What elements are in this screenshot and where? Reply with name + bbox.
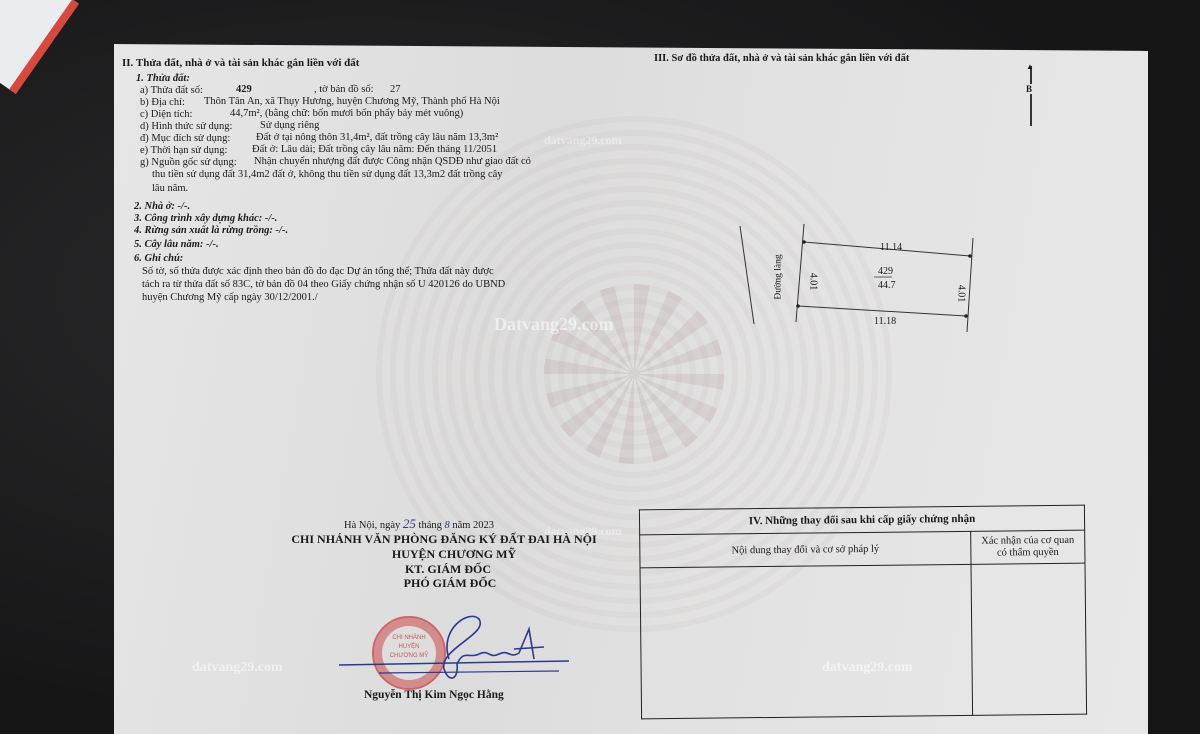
left-edge-length: 4.01 bbox=[807, 273, 818, 291]
origin-line-1: Nhận chuyển nhượng đất được Công nhận QS… bbox=[254, 156, 531, 167]
sketch-parcel-area: 44.7 bbox=[878, 280, 896, 291]
other-construction-item: 3. Công trình xây dựng khác: -/-. bbox=[134, 213, 277, 224]
purpose-value: Đất ở tại nông thôn 31,4m², đất trồng câ… bbox=[256, 132, 498, 143]
area-value: 44,7m², (bằng chữ: bốn mươi bốn phẩy bảy… bbox=[230, 108, 463, 119]
north-arrow-head-icon: ▲ bbox=[1026, 62, 1034, 71]
purpose-label: đ) Mục đích sử dụng: bbox=[140, 133, 230, 144]
north-arrow-icon bbox=[1030, 66, 1032, 126]
notes-line-1: Số tờ, số thửa được xác định theo bản đồ… bbox=[142, 266, 494, 277]
bottom-edge-length: 11.18 bbox=[874, 316, 896, 327]
sketch-parcel-number: 429 bbox=[878, 266, 893, 277]
north-label: B bbox=[1026, 84, 1032, 94]
emblem-star-icon bbox=[544, 284, 724, 464]
section-ii-title: II. Thửa đất, nhà ở và tài sản khác gắn … bbox=[122, 57, 359, 69]
watermark: datvang29.com bbox=[544, 524, 622, 539]
watermark: datvang29.com bbox=[544, 133, 622, 148]
map-sheet-number: 27 bbox=[390, 84, 401, 95]
land-certificate-page: II. Thửa đất, nhà ở và tài sản khác gắn … bbox=[114, 44, 1148, 734]
top-edge-length: 11.14 bbox=[880, 242, 902, 253]
date-line: Hà Nội, ngày 25 tháng 8 năm 2023 bbox=[344, 516, 494, 532]
parcel-number: 429 bbox=[236, 84, 252, 95]
role-line-1: KT. GIÁM ĐỐC bbox=[268, 562, 628, 577]
address-value: Thôn Tân An, xã Thụy Hương, huyện Chương… bbox=[204, 96, 500, 107]
origin-label: g) Nguồn gốc sử dụng: bbox=[140, 157, 237, 168]
road-label: Đường làng bbox=[774, 254, 784, 299]
changes-table: IV. Những thay đổi sau khi cấp giấy chứn… bbox=[639, 505, 1087, 720]
notes-heading: 6. Ghi chú: bbox=[134, 253, 183, 264]
watermark: datvang29.com bbox=[192, 660, 283, 676]
house-item: 2. Nhà ở: -/-. bbox=[134, 201, 190, 212]
origin-line-2: thu tiền sử dụng đất 31,4m2 đất ở, không… bbox=[152, 169, 503, 180]
parcel-sketch bbox=[714, 214, 1004, 344]
role-line-2: PHÓ GIÁM ĐỐC bbox=[270, 576, 630, 591]
signature-icon bbox=[339, 609, 579, 689]
land-heading: 1. Thửa đất: bbox=[136, 73, 190, 84]
perennial-item: 5. Cây lâu năm: -/-. bbox=[134, 239, 219, 250]
use-form-label: d) Hình thức sử dụng: bbox=[140, 121, 232, 132]
area-label: c) Diện tích: bbox=[140, 109, 192, 120]
map-sheet-label: , tờ bản đồ số: bbox=[314, 84, 374, 95]
changes-col-content-header: Nội dung thay đổi và cơ sở pháp lý bbox=[640, 531, 971, 567]
section-iii-title: III. Sơ đồ thửa đất, nhà ở và tài sản kh… bbox=[654, 53, 909, 64]
notes-line-2: tách ra từ thửa đất số 83C, tờ bản đồ 04… bbox=[142, 279, 505, 290]
notes-line-3: huyện Chương Mỹ cấp ngày 30/12/2001./ bbox=[142, 292, 318, 303]
origin-line-3: lâu năm. bbox=[152, 183, 188, 194]
signer-name: Nguyễn Thị Kim Ngọc Hằng bbox=[364, 689, 504, 701]
forest-item: 4. Rừng sản xuất là rừng trồng: -/-. bbox=[134, 225, 288, 236]
term-value: Đất ở: Lâu dài; Đất trồng cây lâu năm: Đ… bbox=[252, 144, 497, 155]
watermark: datvang29.com bbox=[822, 660, 913, 676]
date-day: 25 bbox=[403, 516, 416, 531]
changes-content-cell bbox=[640, 564, 973, 718]
use-form-value: Sử dụng riêng bbox=[260, 120, 319, 131]
address-label: b) Địa chỉ: bbox=[140, 97, 185, 108]
date-month: 8 bbox=[444, 520, 449, 531]
watermark: Datvang29.com bbox=[494, 314, 614, 335]
right-edge-length: 4.01 bbox=[955, 285, 966, 303]
org-line-2: HUYỆN CHƯƠNG MỸ bbox=[274, 547, 634, 562]
background-card-corner bbox=[0, 0, 79, 94]
changes-confirm-cell bbox=[971, 563, 1087, 715]
changes-col-confirm-header: Xác nhận của cơ quan có thẩm quyền bbox=[971, 530, 1085, 564]
term-label: e) Thời hạn sử dụng: bbox=[140, 145, 227, 156]
parcel-label: a) Thửa đất số: bbox=[140, 85, 203, 96]
